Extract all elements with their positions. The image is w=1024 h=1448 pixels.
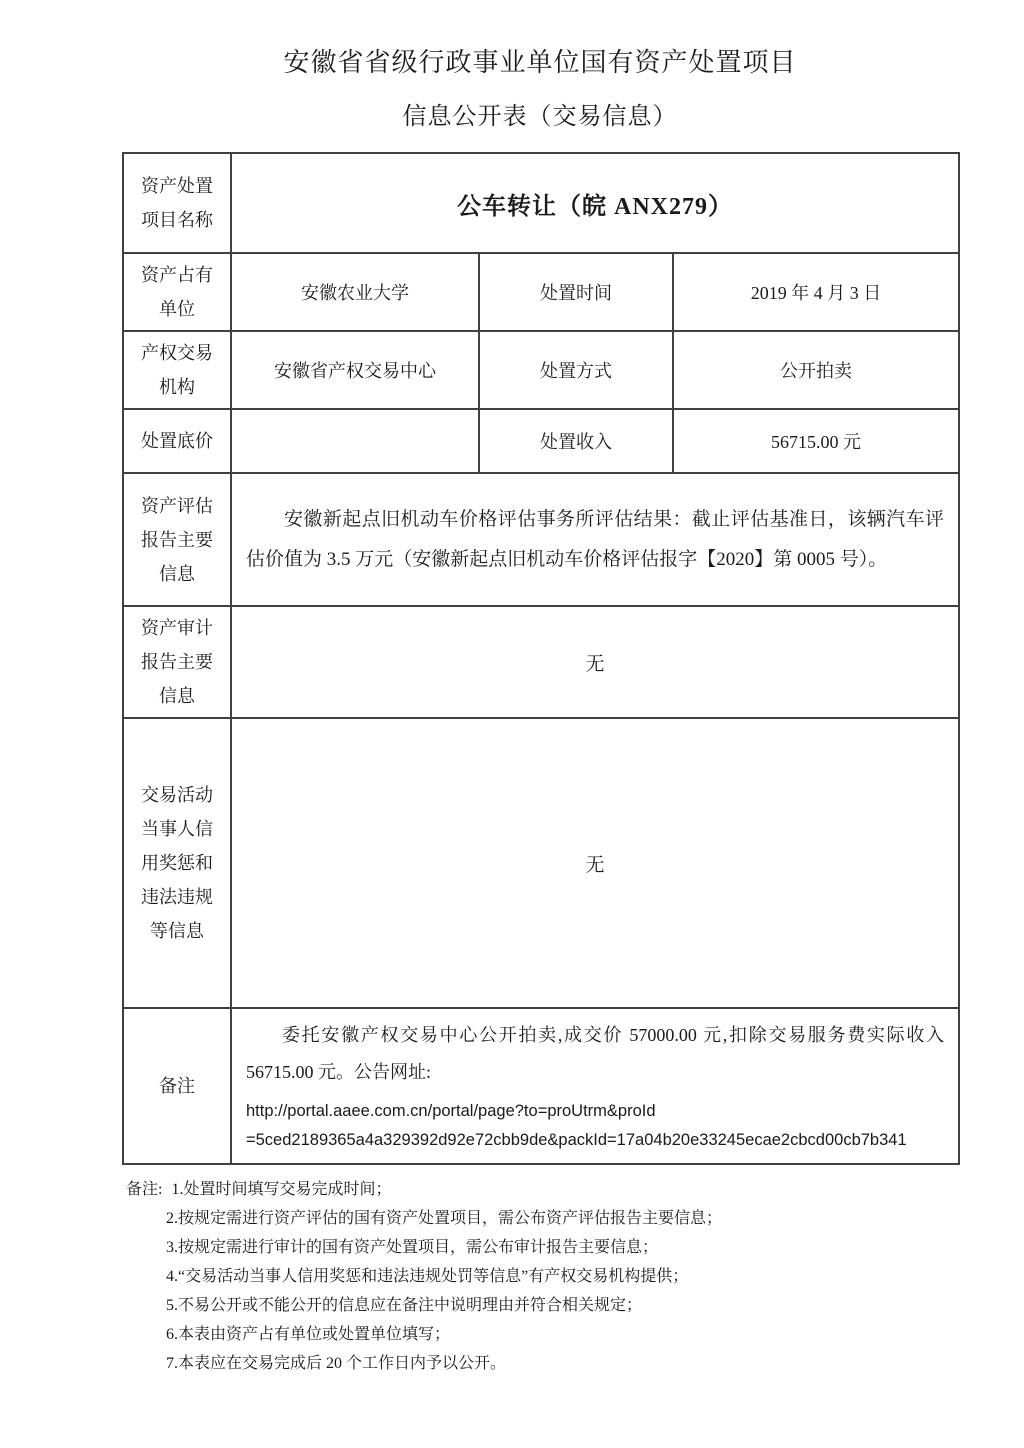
footnote-6: 6.本表由资产占有单位或处置单位填写； (166, 1320, 958, 1349)
cell-remark-label: 备注 (123, 1008, 231, 1164)
row-owner: 资产占有单位 安徽农业大学 处置时间 2019 年 4 月 3 日 (123, 253, 959, 331)
cell-appraisal-value: 安徽新起点旧机动车价格评估事务所评估结果：截止评估基准日，该辆汽车评估价值为 3… (231, 473, 959, 606)
cell-project-name-value: 公车转让（皖 ANX279） (231, 153, 959, 253)
footnote-1: 1.处置时间填写交易完成时间； (171, 1181, 391, 1198)
footnote-line-1: 备注: 1.处置时间填写交易完成时间； (126, 1175, 958, 1204)
appraisal-text: 安徽新起点旧机动车价格评估事务所评估结果：截止评估基准日，该辆汽车评估价值为 3… (232, 496, 958, 584)
cell-credit-label: 交易活动当事人信用奖惩和违法违规等信息 (123, 718, 231, 1008)
footnote-4: 4.“交易活动当事人信用奖惩和违法违规处罚等信息”有产权交易机构提供； (166, 1262, 958, 1291)
cell-remark-value: 委托安徽产权交易中心公开拍卖,成交价 57000.00 元,扣除交易服务费实际收… (231, 1008, 959, 1164)
row-remark: 备注 委托安徽产权交易中心公开拍卖,成交价 57000.00 元,扣除交易服务费… (123, 1008, 959, 1164)
cell-income-value: 56715.00 元 (673, 409, 959, 473)
page-subtitle: 信息公开表（交易信息） (122, 102, 958, 133)
cell-audit-value: 无 (231, 606, 959, 718)
remark-url-line2: =5ced2189365a4a329392d92e72cbb9de&packId… (246, 1126, 944, 1155)
cell-credit-value: 无 (231, 718, 959, 1008)
disclosure-table: 资产处置项目名称 公车转让（皖 ANX279） 资产占有单位 安徽农业大学 处置… (122, 152, 960, 1165)
cell-owner-value: 安徽农业大学 (231, 253, 479, 331)
cell-disposal-method-value: 公开拍卖 (673, 331, 959, 409)
footnotes-label: 备注: (126, 1181, 162, 1198)
cell-floor-price-value (231, 409, 479, 473)
row-credit: 交易活动当事人信用奖惩和违法违规等信息 无 (123, 718, 959, 1008)
cell-disposal-time-label: 处置时间 (479, 253, 673, 331)
cell-exchange-label: 产权交易机构 (123, 331, 231, 409)
row-audit: 资产审计报告主要信息 无 (123, 606, 959, 718)
remark-url: http://portal.aaee.com.cn/portal/page?to… (246, 1097, 944, 1155)
cell-disposal-method-label: 处置方式 (479, 331, 673, 409)
page-title: 安徽省省级行政事业单位国有资产处置项目 (122, 46, 958, 80)
footnote-2: 2.按规定需进行资产评估的国有资产处置项目，需公布资产评估报告主要信息； (166, 1204, 958, 1233)
cell-audit-label: 资产审计报告主要信息 (123, 606, 231, 718)
document-page: 安徽省省级行政事业单位国有资产处置项目 信息公开表（交易信息） 资产处置项目名称… (0, 0, 1024, 1448)
row-exchange: 产权交易机构 安徽省产权交易中心 处置方式 公开拍卖 (123, 331, 959, 409)
cell-disposal-time-value: 2019 年 4 月 3 日 (673, 253, 959, 331)
cell-exchange-value: 安徽省产权交易中心 (231, 331, 479, 409)
cell-project-name-label: 资产处置项目名称 (123, 153, 231, 253)
footnote-7: 7.本表应在交易完成后 20 个工作日内予以公开。 (166, 1349, 958, 1378)
remark-text: 委托安徽产权交易中心公开拍卖,成交价 57000.00 元,扣除交易服务费实际收… (246, 1017, 944, 1091)
remark-url-line1: http://portal.aaee.com.cn/portal/page?to… (246, 1097, 944, 1126)
footnotes: 备注: 1.处置时间填写交易完成时间； 2.按规定需进行资产评估的国有资产处置项… (126, 1175, 958, 1378)
footnote-5: 5.不易公开或不能公开的信息应在备注中说明理由并符合相关规定； (166, 1291, 958, 1320)
row-price: 处置底价 处置收入 56715.00 元 (123, 409, 959, 473)
cell-appraisal-label: 资产评估报告主要信息 (123, 473, 231, 606)
footnote-3: 3.按规定需进行审计的国有资产处置项目，需公布审计报告主要信息； (166, 1233, 958, 1262)
cell-owner-label: 资产占有单位 (123, 253, 231, 331)
row-appraisal: 资产评估报告主要信息 安徽新起点旧机动车价格评估事务所评估结果：截止评估基准日，… (123, 473, 959, 606)
row-project-name: 资产处置项目名称 公车转让（皖 ANX279） (123, 153, 959, 253)
cell-floor-price-label: 处置底价 (123, 409, 231, 473)
cell-income-label: 处置收入 (479, 409, 673, 473)
document-body: 安徽省省级行政事业单位国有资产处置项目 信息公开表（交易信息） 资产处置项目名称… (122, 0, 958, 1378)
